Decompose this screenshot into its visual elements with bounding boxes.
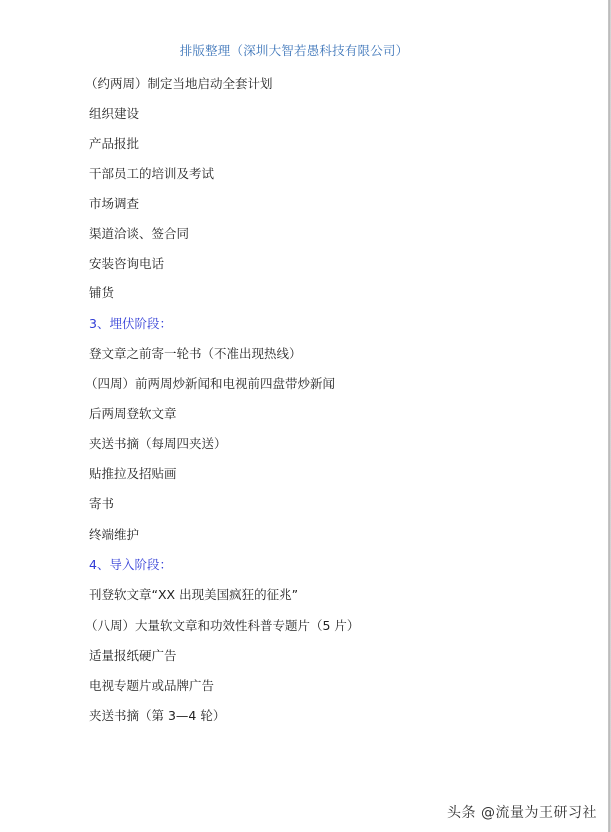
plan-line-15: 终端维护: [89, 527, 139, 543]
plan-line-19: 适量报纸硬广告: [89, 648, 177, 664]
plan-line-1: 组织建设: [89, 106, 139, 122]
plan-line-18: （八周）大量软文章和功效性科普专题片（5 片）: [85, 618, 359, 634]
section-heading-3: 3、埋伏阶段：: [89, 316, 172, 332]
document-title: 排版整理（深圳大智若愚科技有限公司）: [0, 41, 588, 59]
plan-line-20: 电视专题片或品牌广告: [89, 678, 214, 694]
plan-line-13: 贴推拉及招贴画: [89, 466, 177, 482]
plan-line-7: 铺货: [89, 285, 114, 301]
plan-line-0: （约两周）制定当地启动全套计划: [85, 76, 273, 92]
document-page: 排版整理（深圳大智若愚科技有限公司） （约两周）制定当地启动全套计划 组织建设 …: [0, 0, 608, 832]
plan-line-9: 登文章之前寄一轮书（不准出现热线）: [89, 346, 302, 362]
plan-line-17: 刊登软文章“XX 出现美国疯狂的征兆”: [89, 587, 298, 603]
source-watermark: 头条 @流量为王研习社: [447, 802, 597, 822]
plan-line-11: 后两周登软文章: [89, 406, 177, 422]
plan-line-14: 寄书: [89, 496, 114, 512]
plan-line-6: 安装咨询电话: [89, 256, 164, 272]
plan-line-10: （四周）前两周炒新闻和电视前四盘带炒新闻: [85, 376, 335, 392]
plan-line-3: 干部员工的培训及考试: [89, 166, 214, 182]
plan-line-4: 市场调查: [89, 196, 139, 212]
section-heading-4: 4、导入阶段：: [89, 557, 172, 573]
plan-line-2: 产品报批: [89, 136, 139, 152]
plan-line-12: 夹送书摘（每周四夹送）: [89, 436, 227, 452]
plan-line-21: 夹送书摘（第 3—4 轮）: [89, 708, 225, 724]
plan-line-5: 渠道洽谈、签合同: [89, 226, 189, 242]
